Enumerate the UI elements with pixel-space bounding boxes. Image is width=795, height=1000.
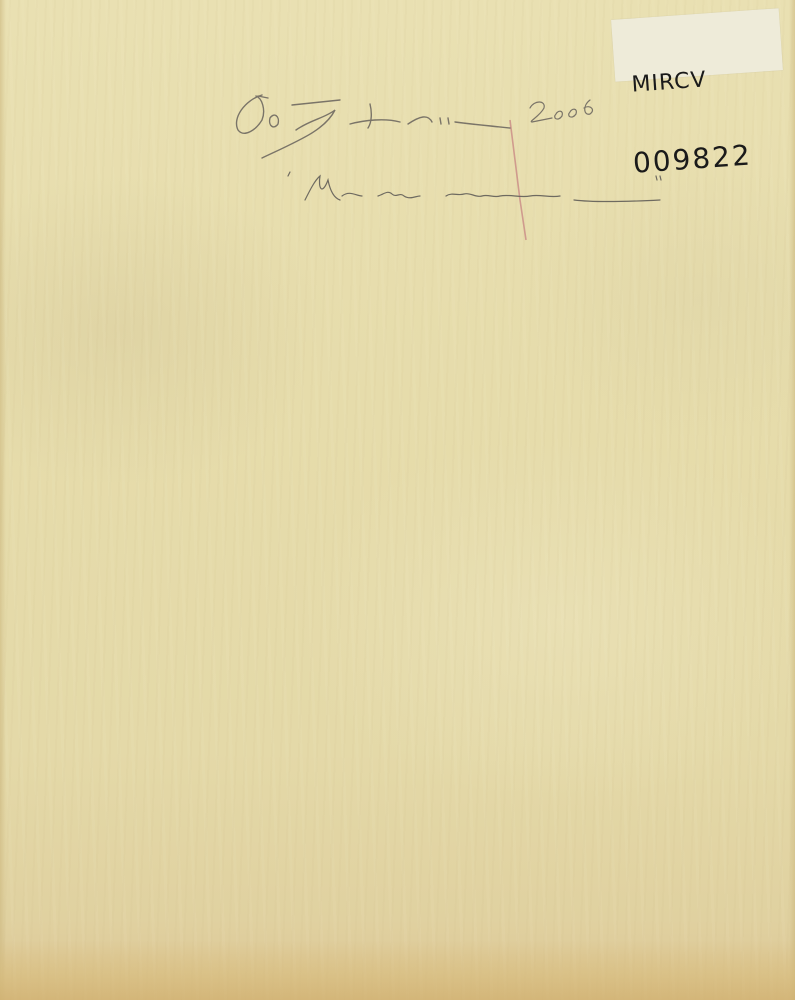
inventory-label-text: MIRCV 009822 — [623, 13, 756, 229]
panel-left-edge — [0, 0, 6, 1000]
red-pencil-mark — [510, 120, 526, 240]
panel-right-edge — [789, 0, 795, 1000]
inventory-label-prefix: MIRCV — [627, 65, 747, 99]
artwork-back-panel: MIRCV 009822 — [0, 0, 795, 1000]
inventory-label: MIRCV 009822 — [611, 8, 783, 82]
signature-strokes — [237, 95, 510, 158]
bottom-water-stain — [0, 940, 795, 1000]
year-strokes — [530, 100, 592, 122]
inventory-label-number: 009822 — [632, 142, 752, 176]
title-strokes — [288, 172, 661, 202]
